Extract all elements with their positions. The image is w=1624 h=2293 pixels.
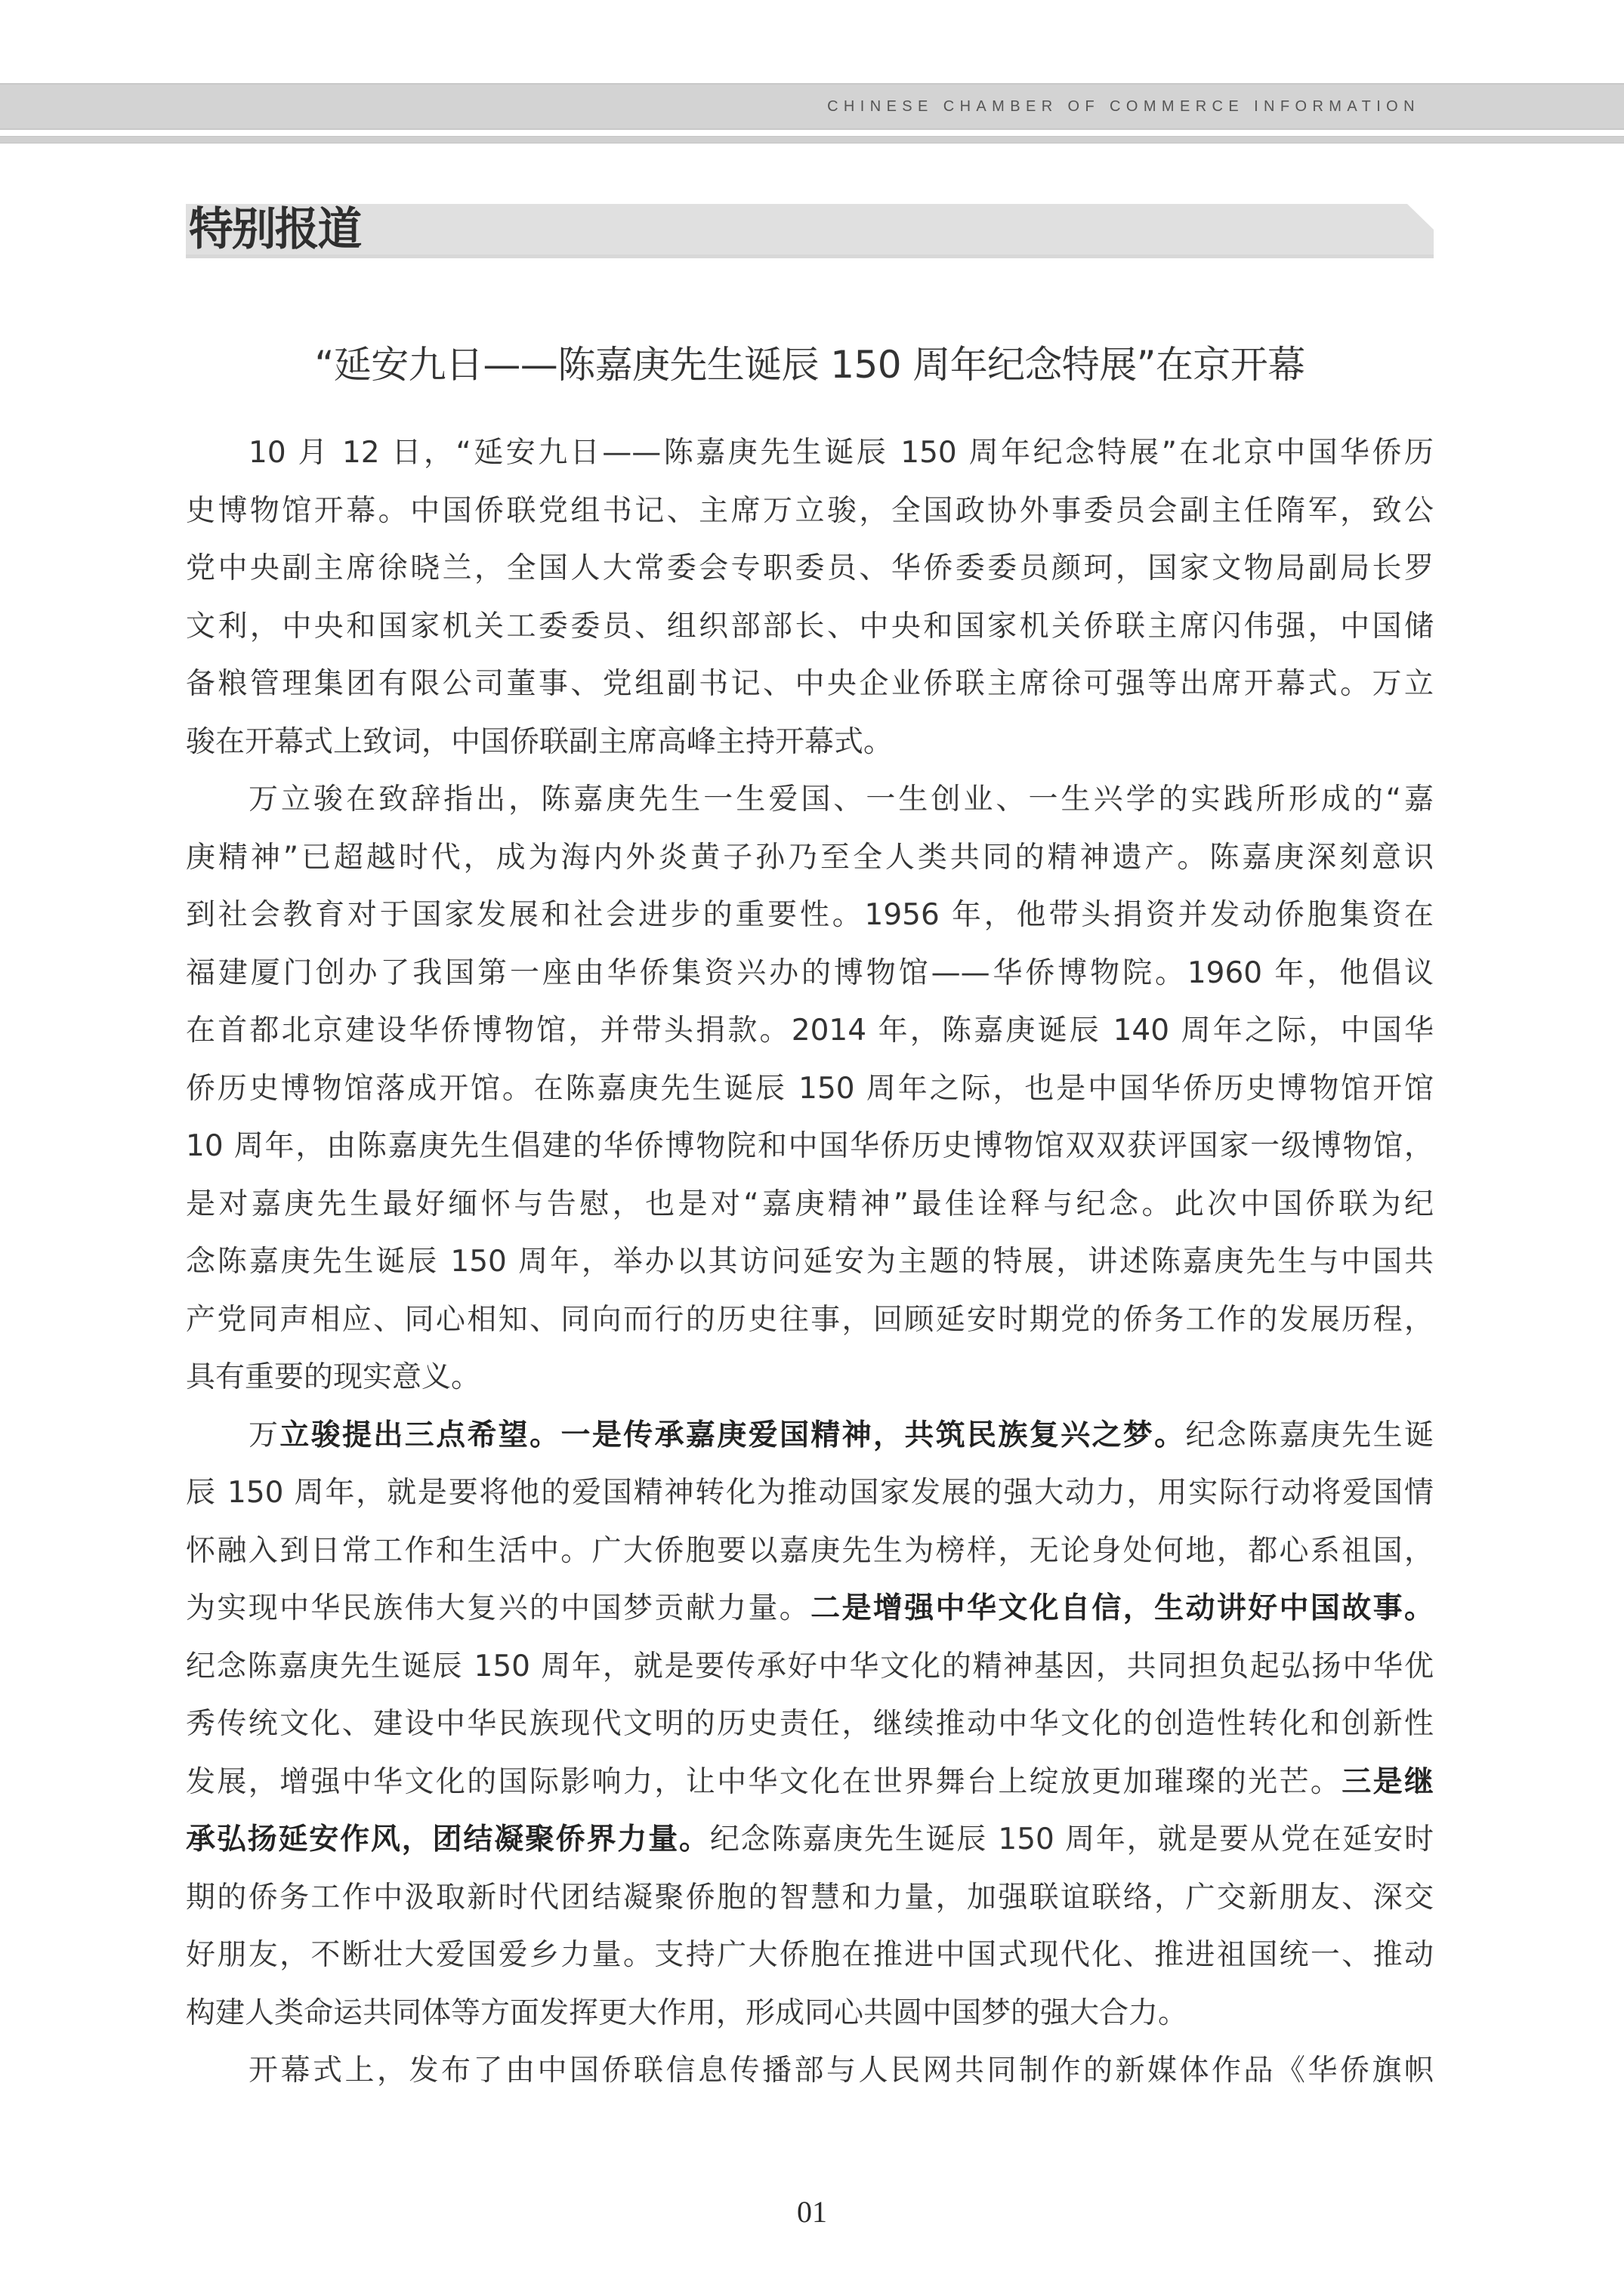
text-line: 产党同声相应、同心相知、同向而行的历史往事，回顾延安时期党的侨务工作的发展历程， <box>186 1292 1434 1350</box>
text-line: 开幕式上，发布了由中国侨联信息传播部与人民网共同制作的新媒体作品《华侨旗帜 <box>186 2042 1434 2100</box>
publication-name: CHINESE CHAMBER OF COMMERCE INFORMATION <box>827 98 1420 116</box>
emphasis-text: 三是继 <box>1341 1765 1434 1799</box>
text-line: 侨历史博物馆落成开馆。在陈嘉庚先生诞辰 150 周年之际，也是中国华侨历史博物馆… <box>186 1060 1434 1119</box>
text-line: 期的侨务工作中汲取新时代团结凝聚侨胞的智慧和力量，加强联谊联络，广交新朋友、深交 <box>186 1869 1434 1927</box>
text-line: 纪念陈嘉庚先生诞辰 150 周年，就是要传承好中华文化的精神基因，共同担负起弘扬… <box>186 1638 1434 1696</box>
paragraph-1: 10 月 12 日，“延安九日——陈嘉庚先生诞辰 150 周年纪念特展”在北京中… <box>186 424 1434 771</box>
text-line: 文利，中央和国家机关工委委员、组织部部长、中央和国家机关侨联主席闪伟强，中国储 <box>186 598 1434 656</box>
text-line: 具有重要的现实意义。 <box>186 1349 1434 1407</box>
text-segment: 纪念陈嘉庚先生诞辰 150 周年，就是要从党在延安时 <box>710 1822 1434 1856</box>
emphasis-text: 二是增强中华文化自信，生动讲好中国故事。 <box>810 1591 1434 1625</box>
text-segment: 发展，增强中华文化的国际影响力，让中华文化在世界舞台上绽放更加璀璨的光芒。 <box>186 1765 1341 1799</box>
text-line: 10 周年，由陈嘉庚先生倡建的华侨博物院和中国华侨历史博物馆双双获评国家一级博物… <box>186 1118 1434 1176</box>
text-segment: 好朋友，不断壮大爱国爱乡力量。支持广大侨胞在推进中国式现代化、推进祖国统一、推动 <box>186 1938 1434 1972</box>
section-banner <box>186 204 1434 258</box>
text-segment: 辰 150 周年，就是要将他的爱国精神转化为推动国家发展的强大动力，用实际行动将… <box>186 1476 1434 1510</box>
text-line: 万立骏提出三点希望。一是传承嘉庚爱国精神，共筑民族复兴之梦。纪念陈嘉庚先生诞 <box>186 1407 1434 1465</box>
article-body: 10 月 12 日，“延安九日——陈嘉庚先生诞辰 150 周年纪念特展”在北京中… <box>186 424 1434 2100</box>
text-line: 为实现中华民族伟大复兴的中国梦贡献力量。二是增强中华文化自信，生动讲好中国故事。 <box>186 1580 1434 1638</box>
text-line: 发展，增强中华文化的国际影响力，让中华文化在世界舞台上绽放更加璀璨的光芒。三是继 <box>186 1754 1434 1812</box>
text-segment: 为实现中华民族伟大复兴的中国梦贡献力量。 <box>186 1591 810 1625</box>
text-line: 庚精神”已超越时代，成为海内外炎黄子孙乃至全人类共同的精神遗产。陈嘉庚深刻意识 <box>186 829 1434 887</box>
text-line: 万立骏在致辞指出，陈嘉庚先生一生爱国、一生创业、一生兴学的实践所形成的“嘉 <box>186 771 1434 829</box>
text-line: 福建厦门创办了我国第一座由华侨集资兴办的博物馆——华侨博物院。1960 年，他倡… <box>186 945 1434 1003</box>
text-segment: 万 <box>249 1418 279 1452</box>
text-segment: 构建人类命运共同体等方面发挥更大作用，形成同心共圆中国梦的强大合力。 <box>186 1996 1187 2030</box>
text-segment: 秀传统文化、建设中华民族现代文明的历史责任，继续推动中华文化的创造性转化和创新性 <box>186 1707 1434 1741</box>
text-line: 10 月 12 日，“延安九日——陈嘉庚先生诞辰 150 周年纪念特展”在北京中… <box>186 424 1434 483</box>
text-line: 备粮管理集团有限公司董事、党组副书记、中央企业侨联主席徐可强等出席开幕式。万立 <box>186 656 1434 714</box>
text-segment: 纪念陈嘉庚先生诞 <box>1186 1418 1434 1452</box>
text-segment: 期的侨务工作中汲取新时代团结凝聚侨胞的智慧和力量，加强联谊联络，广交新朋友、深交 <box>186 1881 1434 1915</box>
emphasis-text: 承弘扬延安作风，团结凝聚侨界力量。 <box>186 1822 710 1856</box>
text-line: 史博物馆开幕。中国侨联党组书记、主席万立骏，全国政协外事委员会副主任隋军，致公 <box>186 483 1434 541</box>
text-line: 秀传统文化、建设中华民族现代文明的历史责任，继续推动中华文化的创造性转化和创新性 <box>186 1696 1434 1754</box>
publication-header-band: CHINESE CHAMBER OF COMMERCE INFORMATION <box>0 83 1624 130</box>
paragraph-3: 万立骏提出三点希望。一是传承嘉庚爱国精神，共筑民族复兴之梦。纪念陈嘉庚先生诞辰 … <box>186 1407 1434 2043</box>
text-line: 念陈嘉庚先生诞辰 150 周年，举办以其访问延安为主题的特展，讲述陈嘉庚先生与中… <box>186 1233 1434 1292</box>
text-segment: 纪念陈嘉庚先生诞辰 150 周年，就是要传承好中华文化的精神基因，共同担负起弘扬… <box>186 1650 1434 1683</box>
header-divider <box>0 136 1624 144</box>
text-line: 辰 150 周年，就是要将他的爱国精神转化为推动国家发展的强大动力，用实际行动将… <box>186 1464 1434 1523</box>
section-banner-shadow <box>186 255 1434 258</box>
text-line: 怀融入到日常工作和生活中。广大侨胞要以嘉庚先生为榜样，无论身处何地，都心系祖国， <box>186 1523 1434 1581</box>
text-line: 承弘扬延安作风，团结凝聚侨界力量。纪念陈嘉庚先生诞辰 150 周年，就是要从党在… <box>186 1811 1434 1869</box>
text-line: 好朋友，不断壮大爱国爱乡力量。支持广大侨胞在推进中国式现代化、推进祖国统一、推动 <box>186 1927 1434 1985</box>
emphasis-text: 立骏提出三点希望。一是传承嘉庚爱国精神，共筑民族复兴之梦。 <box>279 1418 1185 1452</box>
section-label: 特别报道 <box>189 202 360 257</box>
text-line: 骏在开幕式上致词，中国侨联副主席高峰主持开幕式。 <box>186 714 1434 772</box>
text-line: 构建人类命运共同体等方面发挥更大作用，形成同心共圆中国梦的强大合力。 <box>186 1985 1434 2043</box>
paragraph-4: 开幕式上，发布了由中国侨联信息传播部与人民网共同制作的新媒体作品《华侨旗帜 <box>186 2042 1434 2100</box>
paragraph-2: 万立骏在致辞指出，陈嘉庚先生一生爱国、一生创业、一生兴学的实践所形成的“嘉 庚精… <box>186 771 1434 1407</box>
text-segment: 怀融入到日常工作和生活中。广大侨胞要以嘉庚先生为榜样，无论身处何地，都心系祖国， <box>186 1534 1434 1568</box>
text-line: 党中央副主席徐晓兰，全国人大常委会专职委员、华侨委委员颜珂，国家文物局副局长罗 <box>186 540 1434 598</box>
text-line: 到社会教育对于国家发展和社会进步的重要性。1956 年，他带头捐资并发动侨胞集资… <box>186 887 1434 945</box>
text-line: 在首都北京建设华侨博物馆，并带头捐款。2014 年，陈嘉庚诞辰 140 周年之际… <box>186 1002 1434 1060</box>
text-line: 是对嘉庚先生最好缅怀与告慰，也是对“嘉庚精神”最佳诠释与纪念。此次中国侨联为纪 <box>186 1176 1434 1234</box>
article-title: “延安九日——陈嘉庚先生诞辰 150 周年纪念特展”在京开幕 <box>186 338 1434 391</box>
page-number: 01 <box>0 2194 1624 2230</box>
